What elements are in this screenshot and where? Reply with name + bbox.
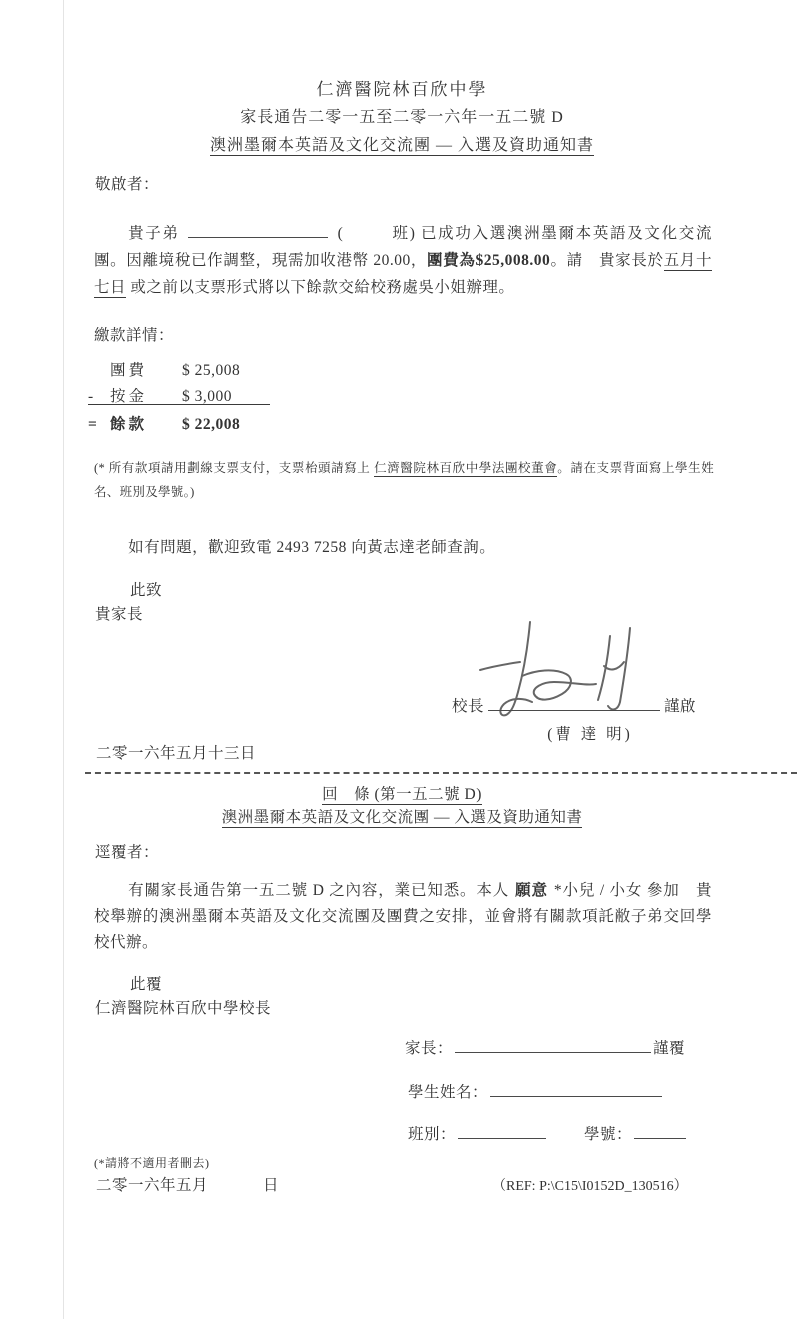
payment-heading: 繳款詳情： <box>94 323 174 345</box>
para1-seg3: 或之前以支票形式將以下餘款交給校務處吳小姐辦理。 <box>126 279 514 296</box>
payment-total-rule <box>88 404 270 405</box>
student-name-line <box>490 1081 662 1098</box>
file-reference: （REF: P:\C15\I0152D_130516） <box>492 1175 688 1195</box>
reply-paragraph: 有關家長通告第一五二號 D 之內容，業已知悉。本人願意*小兒 / 小女 參加 貴… <box>94 878 712 956</box>
reply-closing-salute: 此覆 <box>130 972 162 994</box>
contact-line: 如有問題，歡迎致電 2493 7258 向黃志達老師查詢。 <box>94 535 710 557</box>
parent-label: 家長： <box>405 1040 453 1057</box>
paren-open: ( <box>338 225 344 242</box>
reply-seg1: 有關家長通告第一五二號 D 之內容，業已知悉。本人 <box>128 882 509 899</box>
para1-seg2: 。請 貴家長於 <box>550 252 663 269</box>
student-name-label: 學生姓名： <box>408 1084 488 1101</box>
student-no-line <box>634 1123 686 1140</box>
paren-close: 班) <box>391 225 415 242</box>
notice-number-line: 家長通告二零一五至二零一六年一五二號 D <box>94 104 710 132</box>
scan-artifact-line <box>63 0 64 1319</box>
class-number-row: 班別：學號： <box>408 1122 688 1144</box>
principal-signature-line <box>488 695 660 712</box>
notice-title: 澳洲墨爾本英語及文化交流團 — 入選及資助通知書 <box>94 132 710 160</box>
fee-amount-bold: 團費為$25,008.00 <box>427 252 550 269</box>
para1-lead: 貴子弟 <box>128 225 180 242</box>
reply-date-prefix: 二零一六年五月 <box>96 1177 208 1194</box>
student-name-blank <box>188 222 328 239</box>
letter-paragraph-1: 貴子弟(班) 已成功入選澳洲墨爾本英語及文化交流團。因離境稅已作調整，現需加收港… <box>94 220 712 301</box>
payment-row-fee: 團費 $ 25,008 <box>88 358 318 380</box>
reply-slip-title: 回 條 (第一五二號 D) <box>94 782 710 804</box>
payment-row-deposit: - 按金 $ 3,000 <box>88 384 318 406</box>
student-no-label: 學號： <box>584 1126 632 1143</box>
note-pre: (* 所有款項請用劃線支票支付，支票枱頭請寫上 <box>94 461 374 475</box>
reply-slip-subtitle: 澳洲墨爾本英語及文化交流團 — 入選及資助通知書 <box>94 805 710 827</box>
payment-label: 團費 <box>110 358 182 380</box>
payment-label: 餘款 <box>110 412 182 434</box>
reply-closing-addressee: 仁濟醫院林百欣中學校長 <box>95 996 271 1018</box>
school-name: 仁濟醫院林百欣中學 <box>94 76 710 104</box>
reply-salutation: 逕覆者： <box>95 840 159 862</box>
parent-suffix: 謹覆 <box>653 1040 685 1057</box>
delete-inapplicable-footnote: (*請將不適用者刪去) <box>94 1154 210 1171</box>
principal-name: (曹 達 明) <box>505 722 675 744</box>
closing-salute: 此致 <box>130 578 162 600</box>
parent-sign-row: 家長：謹覆 <box>405 1036 685 1058</box>
class-label: 班別： <box>408 1126 456 1143</box>
cheque-payee-underlined: 仁濟醫院林百欣中學法團校董會 <box>374 461 557 477</box>
student-name-row: 學生姓名： <box>408 1080 664 1102</box>
payment-amount: $ 22,008 <box>182 416 240 434</box>
principal-sign-row: 校長謹啟 <box>452 694 696 716</box>
payment-op: = <box>88 416 110 434</box>
class-line <box>458 1123 546 1140</box>
payment-amount: $ 25,008 <box>182 362 240 380</box>
reply-date-suffix: 日 <box>263 1177 279 1194</box>
letter-date: 二零一六年五月十三日 <box>96 741 256 763</box>
reply-date-row: 二零一六年五月日 <box>96 1173 279 1195</box>
consent-bold: 願意 <box>515 882 548 899</box>
letter-salutation: 敬啟者： <box>95 172 159 194</box>
cheque-note: (* 所有款項請用劃線支票支付，支票枱頭請寫上 仁濟醫院林百欣中學法團校董會。請… <box>94 456 714 504</box>
payment-label: 按金 <box>110 384 182 406</box>
tear-off-divider <box>85 772 797 774</box>
closing-addressee: 貴家長 <box>95 602 143 624</box>
letter-header: 仁濟醫院林百欣中學 家長通告二零一五至二零一六年一五二號 D 澳洲墨爾本英語及文… <box>94 76 710 160</box>
payment-row-balance: = 餘款 $ 22,008 <box>88 412 318 434</box>
sign-suffix: 謹啟 <box>664 698 696 715</box>
parent-signature-line <box>455 1037 651 1054</box>
principal-label: 校長 <box>452 698 484 715</box>
